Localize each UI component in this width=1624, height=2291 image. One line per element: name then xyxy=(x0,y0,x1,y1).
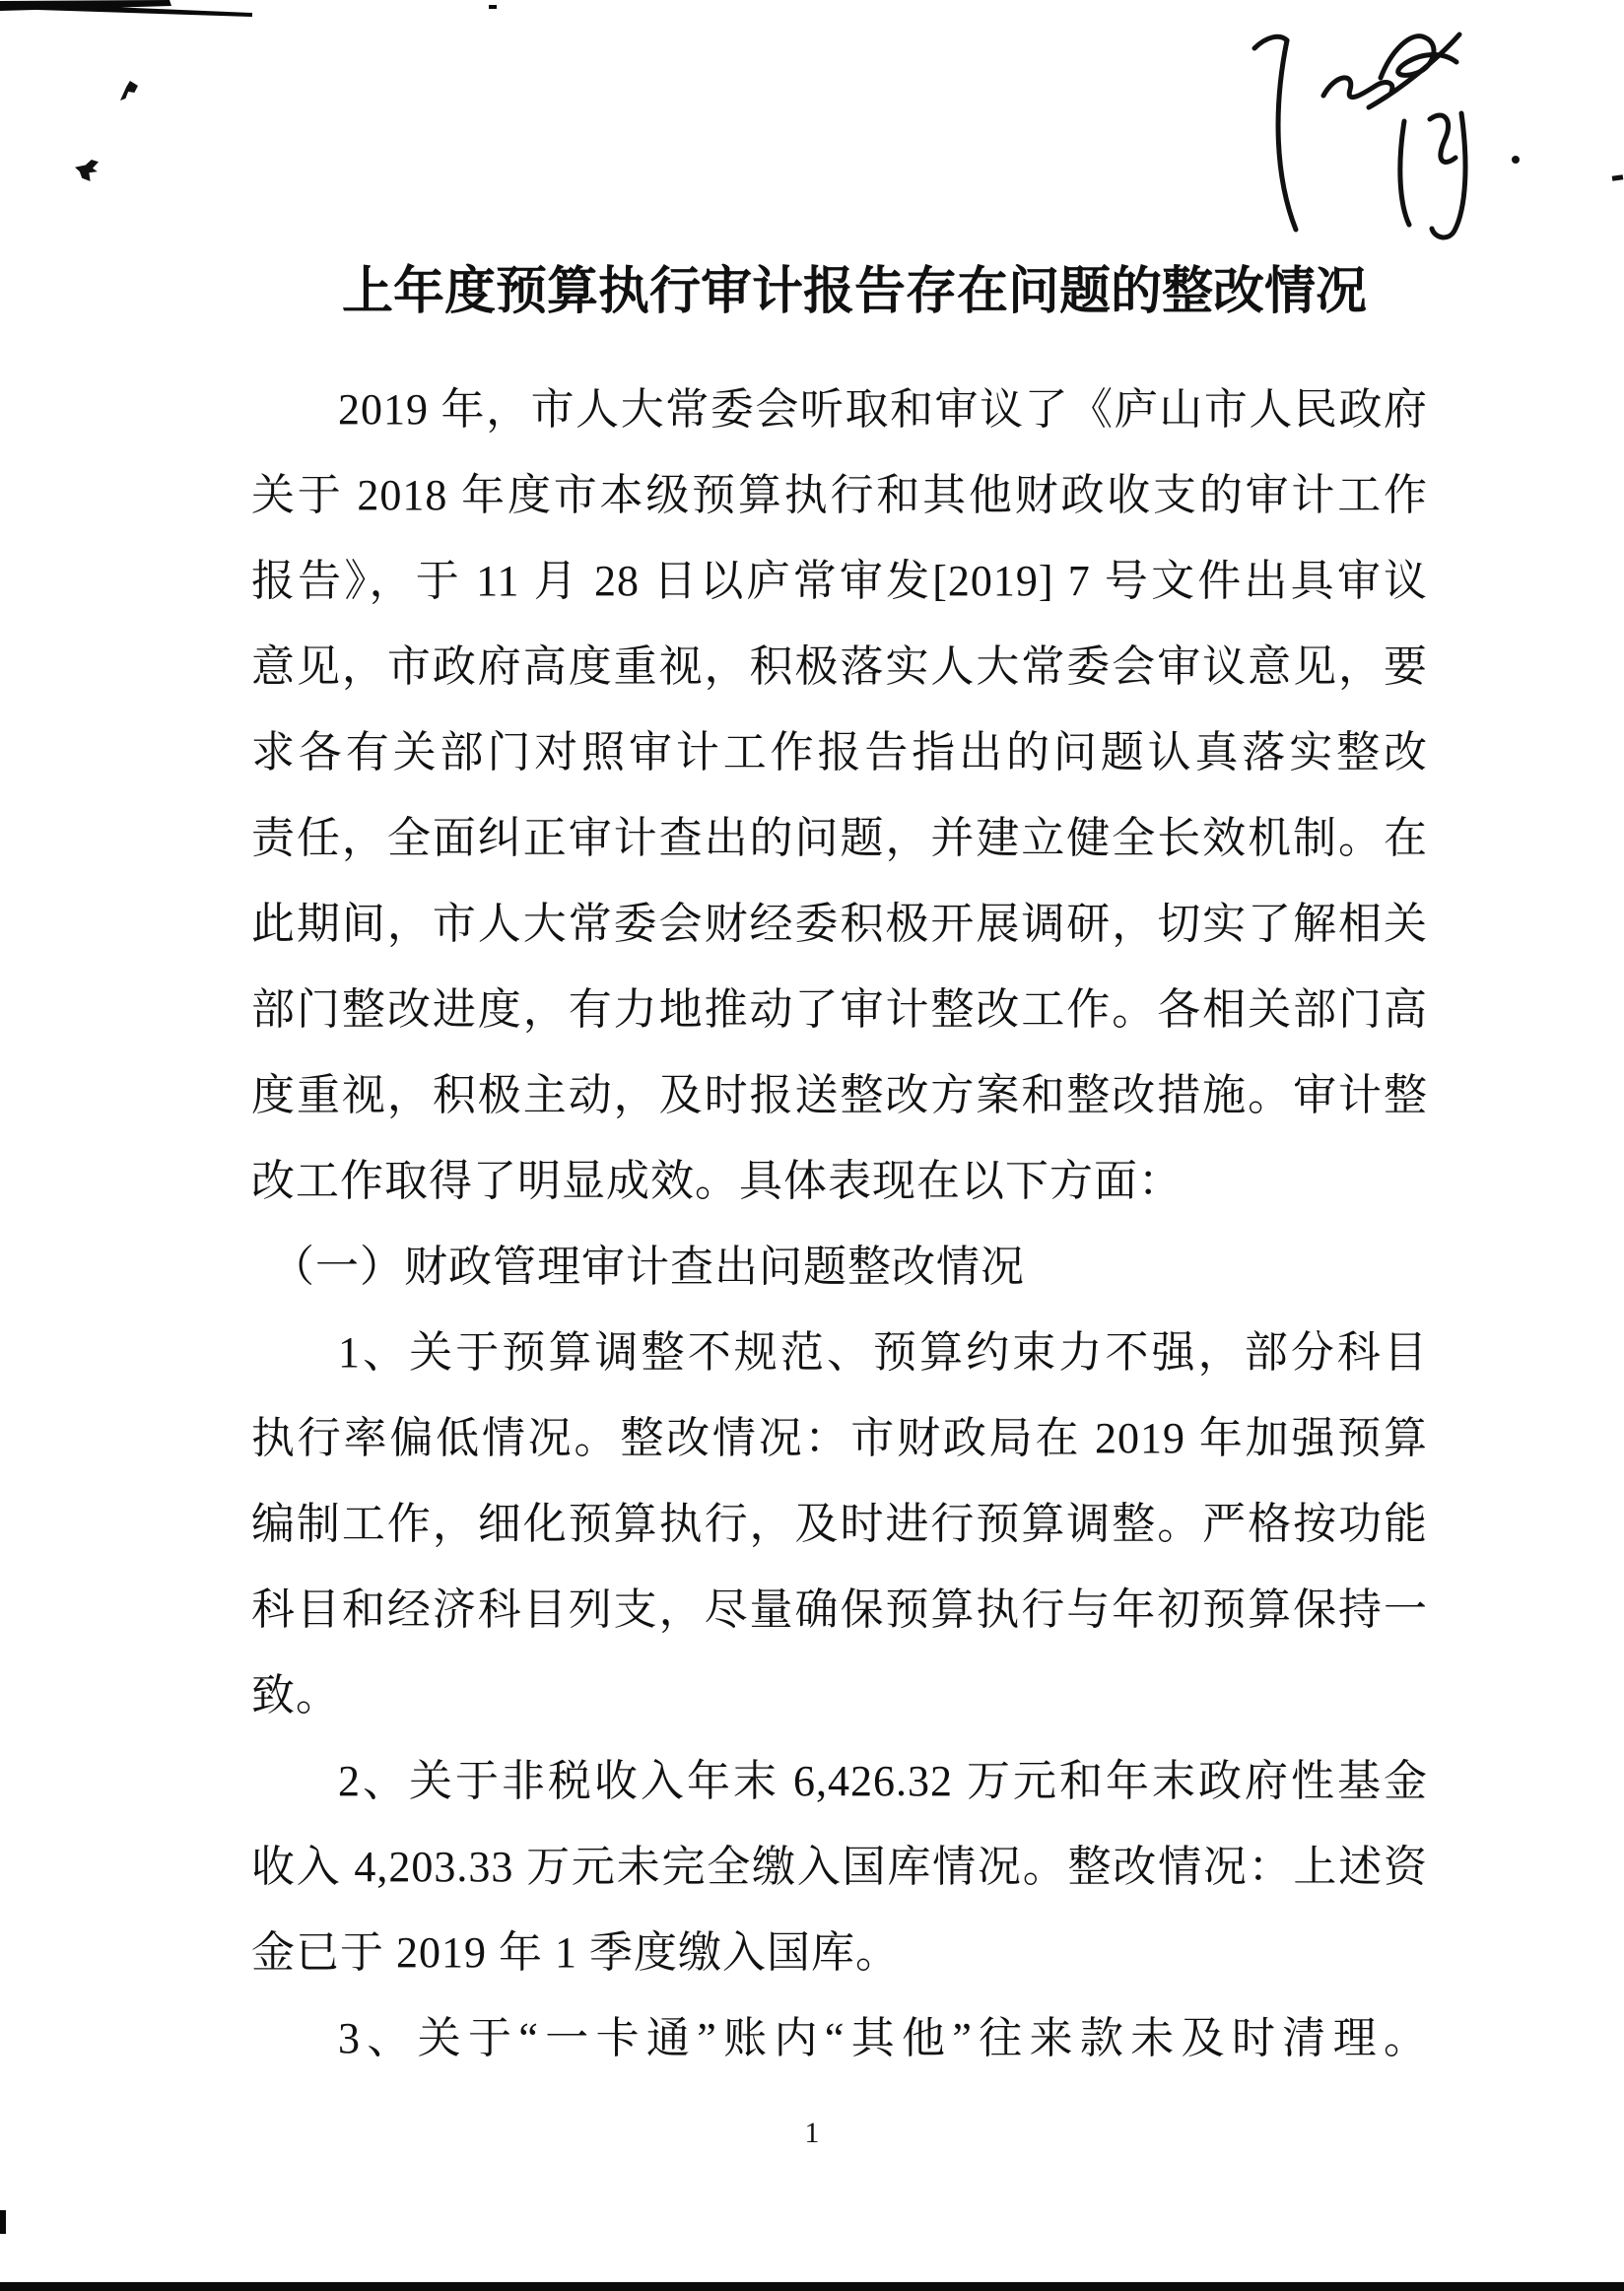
body-line: 致。 xyxy=(251,1652,1428,1738)
scan-artifact-left-mark xyxy=(0,2210,6,2234)
body-line: 1、关于预算调整不规范、预算约束力不强，部分科目 xyxy=(251,1310,1428,1395)
body-line: 报告》，于 11 月 28 日以庐常审发[2019] 7 号文件出具审议 xyxy=(251,538,1428,624)
ink-speck xyxy=(75,160,99,181)
body-line: 度重视，积极主动，及时报送整改方案和整改措施。审计整 xyxy=(251,1052,1428,1138)
body-line: 编制工作，细化预算执行，及时进行预算调整。严格按功能 xyxy=(251,1481,1428,1567)
body-line: 2、关于非税收入年末 6,426.32 万元和年末政府性基金 xyxy=(251,1738,1428,1824)
body-line: 金已于 2019 年 1 季度缴入国库。 xyxy=(251,1910,1428,1995)
page-number: 1 xyxy=(0,2117,1624,2150)
body-line: 意见，市政府高度重视，积极落实人大常委会审议意见，要 xyxy=(251,624,1428,709)
body-line: 责任，全面纠正审计查出的问题，并建立健全长效机制。在 xyxy=(251,795,1428,881)
body-line: 科目和经济科目列支，尽量确保预算执行与年初预算保持一 xyxy=(251,1567,1428,1652)
section-heading: （一）财政管理审计查出问题整改情况 xyxy=(251,1224,1428,1310)
body-line: 求各有关部门对照审计工作报告指出的问题认真落实整改 xyxy=(251,709,1428,795)
document-body: 2019 年，市人大常委会听取和审议了《庐山市人民政府 关于 2018 年度市本… xyxy=(251,367,1428,2081)
body-line: 改工作取得了明显成效。具体表现在以下方面： xyxy=(251,1138,1428,1224)
body-line: 执行率偏低情况。整改情况：市财政局在 2019 年加强预算 xyxy=(251,1395,1428,1481)
body-line: 3、关于“一卡通”账内“其他”往来款未及时清理。 xyxy=(251,1995,1428,2081)
body-line: 收入 4,203.33 万元未完全缴入国库情况。整改情况：上述资 xyxy=(251,1824,1428,1910)
body-line: 关于 2018 年度市本级预算执行和其他财政收支的审计工作 xyxy=(251,452,1428,538)
body-line: 2019 年，市人大常委会听取和审议了《庐山市人民政府 xyxy=(251,367,1428,452)
scan-artifact-bottom-band xyxy=(0,2282,1624,2291)
scan-artifact-top-streak xyxy=(0,0,512,26)
body-line: 此期间，市人大常委会财经委积极开展调研，切实了解相关 xyxy=(251,881,1428,967)
scanned-document-page: 上年度预算执行审计报告存在问题的整改情况 2019 年，市人大常委会听取和审议了… xyxy=(0,0,1624,2291)
ink-speck xyxy=(120,81,138,101)
body-line: 部门整改进度，有力地推动了审计整改工作。各相关部门高 xyxy=(251,967,1428,1052)
document-title: 上年度预算执行审计报告存在问题的整改情况 xyxy=(0,249,1624,323)
